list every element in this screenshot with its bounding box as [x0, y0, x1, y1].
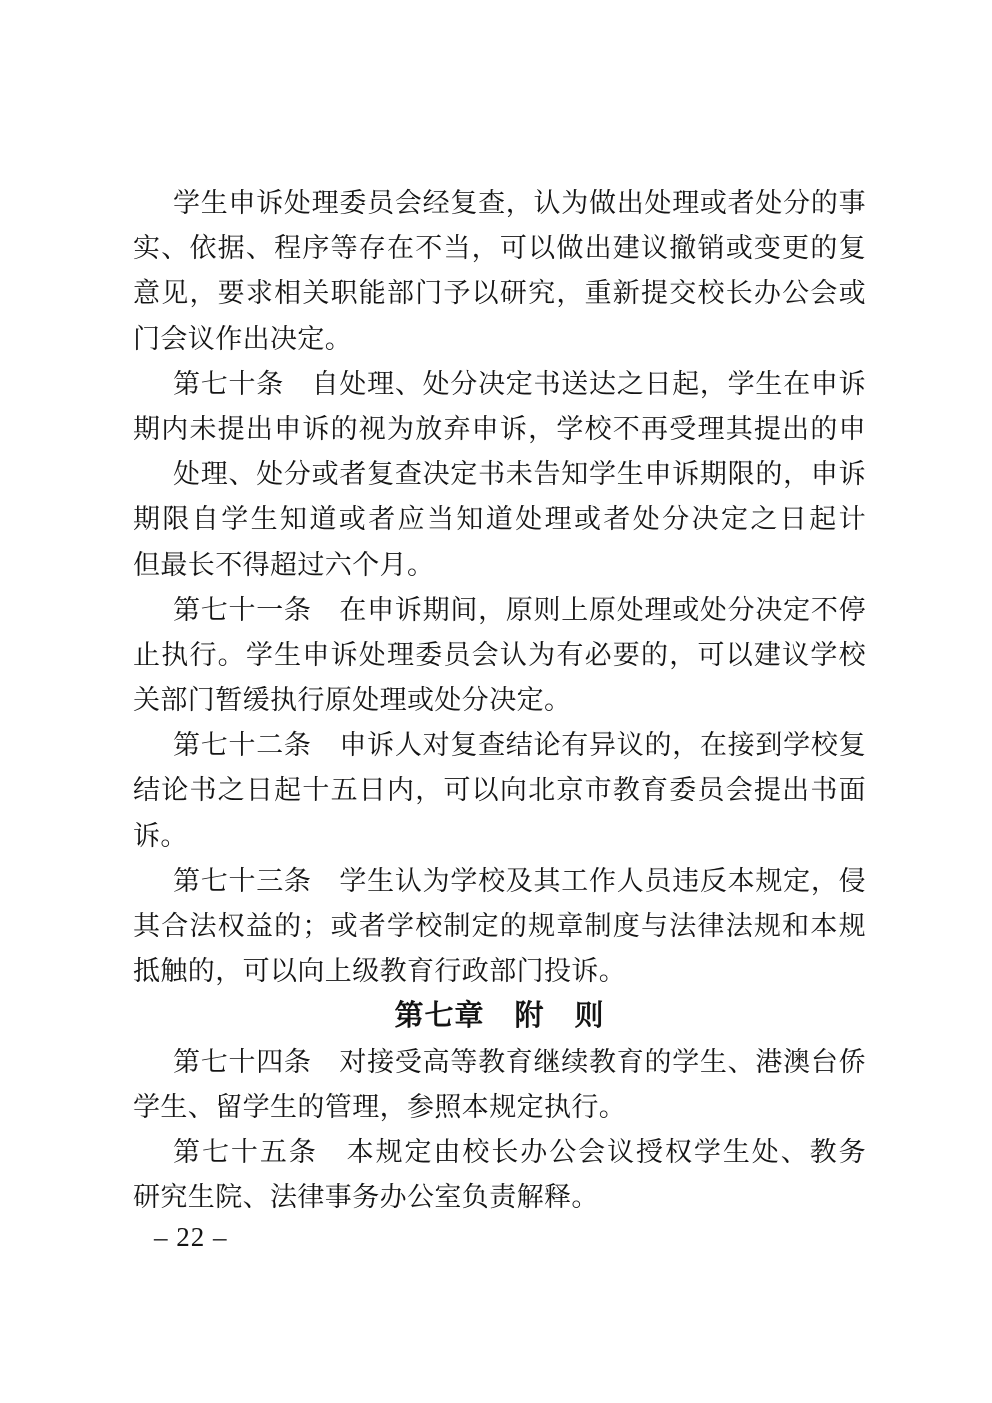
text-line-article-70: 第七十条 自处理、处分决定书送达之日起，学生在申诉: [133, 362, 866, 407]
text-line: 抵触的，可以向上级教育行政部门投诉。: [133, 949, 866, 994]
text-line: 研究生院、法律事务办公室负责解释。: [133, 1175, 866, 1220]
text-line: 意见，要求相关职能部门予以研究，重新提交校长办公会或专: [133, 271, 866, 316]
text-line-article-71: 第七十一条 在申诉期间，原则上原处理或处分决定不停: [133, 588, 866, 633]
text-line-article-74: 第七十四条 对接受高等教育继续教育的学生、港澳台侨: [133, 1040, 866, 1085]
text-line: 期内未提出申诉的视为放弃申诉，学校不再受理其提出的申诉。: [133, 407, 866, 452]
text-line: 期限自学生知道或者应当知道处理或者处分决定之日起计算，: [133, 497, 866, 542]
document-body: 学生申诉处理委员会经复查，认为做出处理或者处分的事 实、依据、程序等存在不当，可…: [133, 181, 866, 1220]
text-line: 处理、处分或者复查决定书未告知学生申诉期限的，申诉: [133, 452, 866, 497]
document-page: 学生申诉处理委员会经复查，认为做出处理或者处分的事 实、依据、程序等存在不当，可…: [0, 0, 992, 1403]
text-line: 实、依据、程序等存在不当，可以做出建议撤销或变更的复查: [133, 226, 866, 271]
text-line-article-73: 第七十三条 学生认为学校及其工作人员违反本规定，侵害: [133, 859, 866, 904]
text-line: 其合法权益的；或者学校制定的规章制度与法律法规和本规定: [133, 904, 866, 949]
text-line: 结论书之日起十五日内，可以向北京市教育委员会提出书面申: [133, 768, 866, 813]
text-line: 学生申诉处理委员会经复查，认为做出处理或者处分的事: [133, 181, 866, 226]
text-line: 门会议作出决定。: [133, 317, 866, 362]
text-line-article-72: 第七十二条 申诉人对复查结论有异议的，在接到学校复查: [133, 723, 866, 768]
text-line: 学生、留学生的管理，参照本规定执行。: [133, 1085, 866, 1130]
text-line: 止执行。学生申诉处理委员会认为有必要的，可以建议学校相: [133, 633, 866, 678]
text-line-article-75: 第七十五条 本规定由校长办公会议授权学生处、教务处、: [133, 1130, 866, 1175]
chapter-7-heading: 第七章 附 则: [133, 994, 866, 1039]
text-line: 关部门暂缓执行原处理或处分决定。: [133, 678, 866, 723]
text-line: 诉。: [133, 814, 866, 859]
page-number: – 22 –: [154, 1222, 228, 1252]
text-line: 但最长不得超过六个月。: [133, 543, 866, 588]
